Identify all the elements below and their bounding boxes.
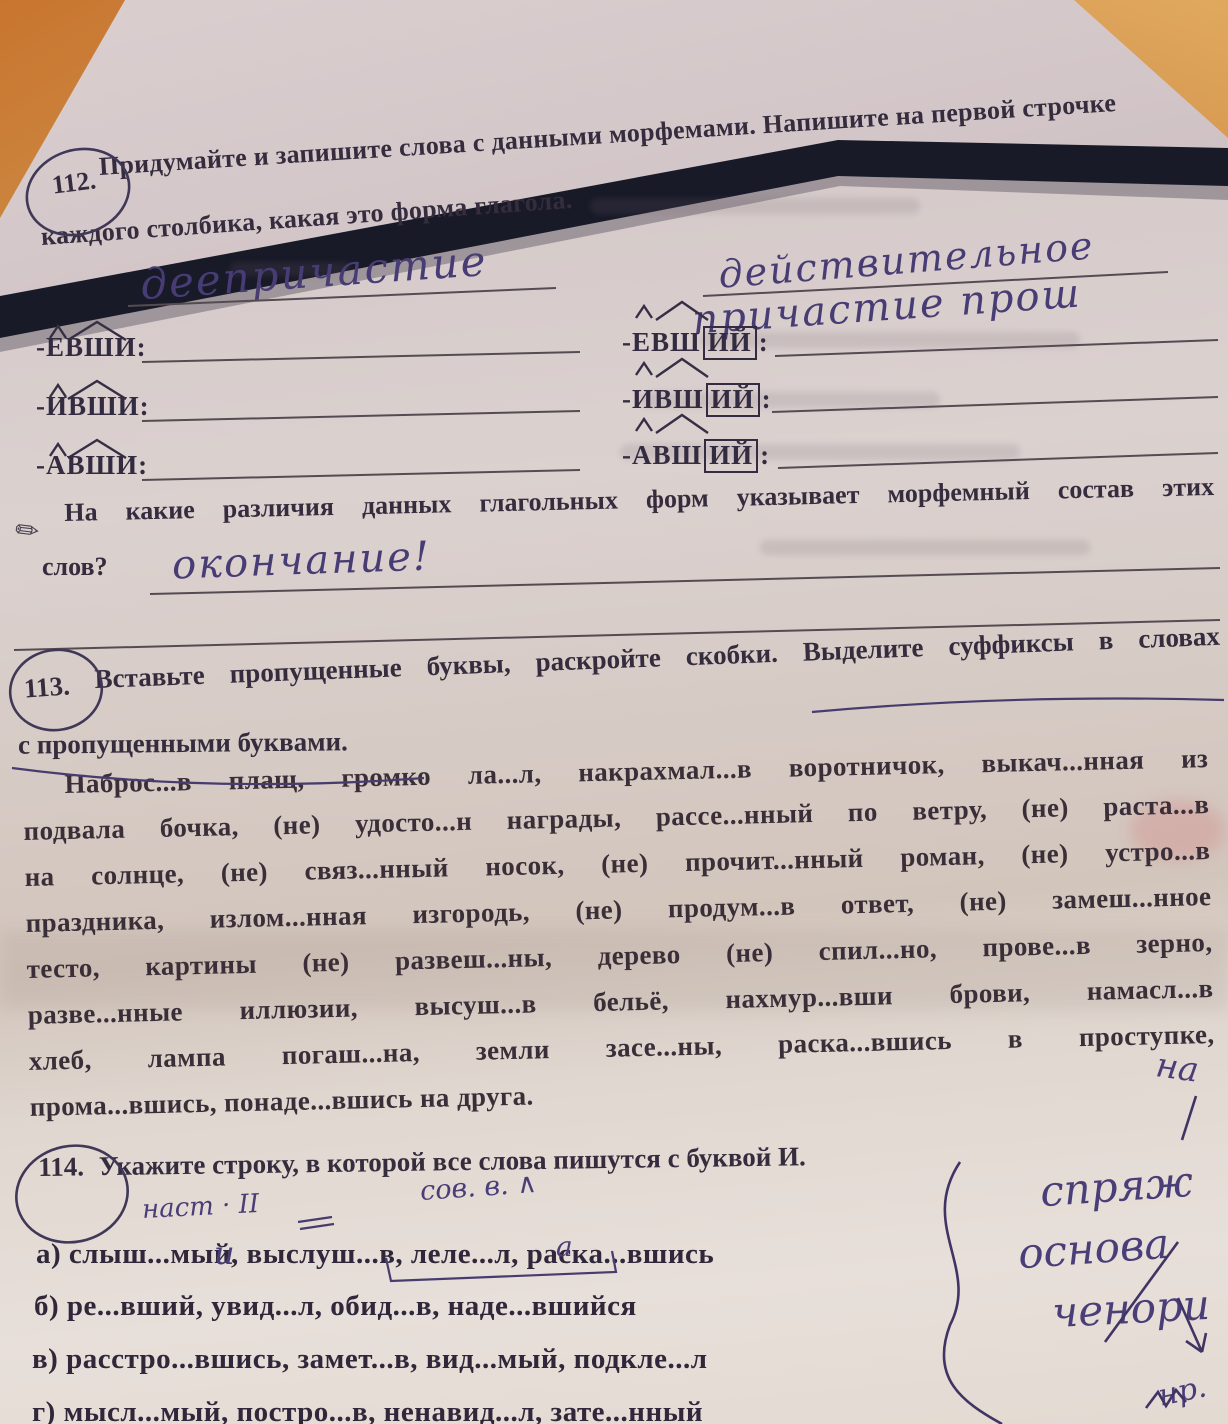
margin-note-na: на [1153, 1045, 1201, 1091]
exercise-112-number: 112. [50, 165, 97, 200]
morpheme-colon: : [759, 327, 769, 357]
morpheme-stem: -ИВШ [622, 384, 704, 414]
option-v: в) расстро...вшись, замет...в, вид...мый… [32, 1345, 708, 1374]
bleed-through-smudge [590, 198, 920, 214]
exercise-112-question-line2: слов? [42, 552, 108, 582]
morpheme-colon: : [762, 384, 772, 414]
exercise-112-question-line1: На какие различия данных глагольных форм… [64, 472, 1214, 528]
exercise-114-number: 114. [38, 1151, 84, 1182]
margin-note-osnova: основа [1016, 1219, 1170, 1278]
photographed-workbook-page: 112. Придумайте и запишите слова с данны… [0, 0, 1228, 1424]
margin-note-chenori: ченори [1051, 1280, 1211, 1337]
handwritten-insert-i: и [214, 1234, 235, 1272]
handwritten-answer-okonchanie: окончание! [171, 533, 431, 588]
morpheme-evshi: -ЕВШИ: [36, 334, 147, 361]
printed-blank-lines [14, 272, 1220, 650]
exercise-113-body: Наброс...в плащ, громко ла...л, накрахма… [22, 735, 1216, 1130]
handwritten-note-nast-II: наст · II [141, 1189, 260, 1225]
morpheme-stem: -АВШ [622, 440, 702, 470]
option-g: г) мысл...мый, постро...в, ненавид...л, … [32, 1398, 703, 1424]
morpheme-avshij: -АВШИЙ: [622, 439, 770, 473]
bleed-through-smudge [760, 540, 1090, 555]
morpheme-stem: -ЕВШ [622, 327, 701, 357]
exercise-113-instruction-line1: Вставьте пропущенные буквы, раскройте ск… [94, 621, 1220, 695]
option-b: б) ре...вший, увид...л, обид...в, наде..… [34, 1292, 637, 1321]
option-a: а) слыш...мый, выслуш...в, леле...л, рас… [36, 1240, 714, 1269]
morpheme-ivshi: -ИВШИ: [36, 393, 150, 420]
margin-note-nr: нр. [1155, 1369, 1210, 1413]
morpheme-ending-box: ИЙ [706, 383, 760, 417]
handwritten-insert-a: а [556, 1230, 573, 1263]
handwritten-note-sov-v: сов. в. ∧ [419, 1168, 538, 1207]
morpheme-avshi: -АВШИ: [36, 452, 148, 479]
morpheme-colon: : [760, 440, 770, 470]
pencil-icon: ✎ [8, 510, 47, 551]
morpheme-ivshij: -ИВШИЙ: [622, 383, 772, 417]
morpheme-ending-box: ИЙ [704, 439, 758, 473]
morpheme-evshij: -ЕВШИЙ: [622, 326, 769, 360]
margin-note-spryazh: спряж [1038, 1157, 1194, 1217]
exercise-113-number: 113. [23, 670, 71, 704]
morpheme-ending-box: ИЙ [703, 326, 757, 360]
